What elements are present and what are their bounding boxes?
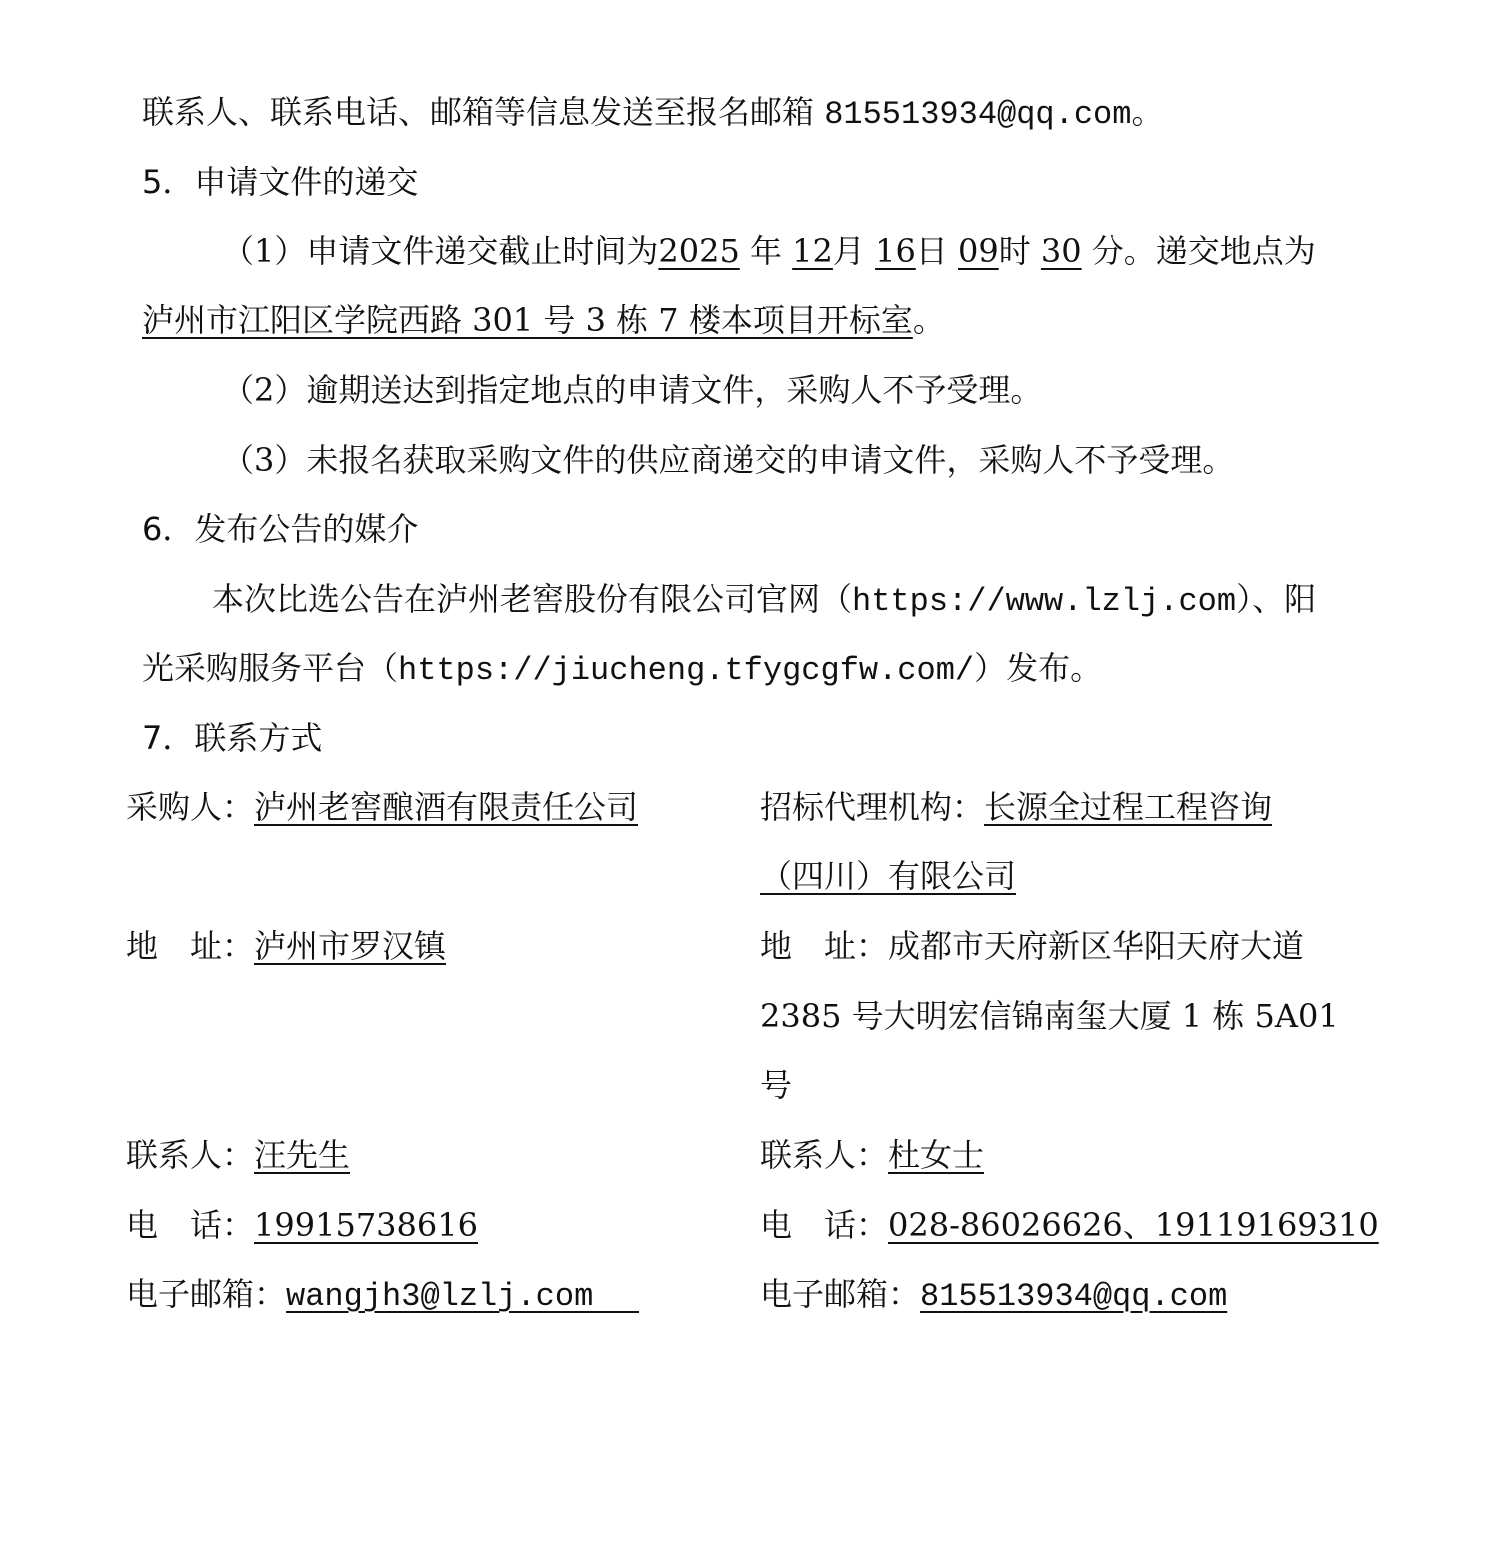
deadline-year: 2025: [658, 232, 739, 270]
item-1-prefix: （1）申请文件递交截止时间为: [222, 232, 658, 270]
purchaser-email: wangjh3@lzlj.com: [286, 1278, 593, 1315]
purchaser-label: 采购人：: [126, 788, 254, 826]
agency-address-row-2: 2385 号大明宏信锦南玺大厦 1 栋 5A01: [760, 996, 1339, 1036]
intro-text: 联系人、联系电话、邮箱等信息发送至报名邮箱: [142, 93, 814, 131]
day-unit: 日: [916, 232, 948, 270]
section-5-item-1-line-1: （1）申请文件递交截止时间为2025 年 12月 16日 09时 30 分。递交…: [222, 231, 1316, 271]
agency-row: 招标代理机构：长源全过程工程咨询: [760, 787, 1272, 827]
agency-email-row: 电子邮箱：815513934@qq.com: [760, 1274, 1227, 1314]
media-text-1-suffix: ）、阳: [1236, 580, 1316, 618]
media-text-2: 光采购服务平台（: [142, 649, 398, 687]
deadline-minute: 30: [1041, 232, 1082, 270]
purchaser-address-label: 地 址：: [126, 927, 254, 965]
deadline-day: 16: [875, 232, 916, 270]
intro-line: 联系人、联系电话、邮箱等信息发送至报名邮箱 815513934@qq.com。: [142, 92, 1163, 132]
section-6-line-2: 光采购服务平台（https://jiucheng.tfygcgfw.com/）发…: [142, 648, 1102, 688]
underline-filler: [593, 1310, 639, 1313]
platform-link[interactable]: https://jiucheng.tfygcgfw.com/: [398, 652, 974, 689]
agency-contact-row: 联系人：杜女士: [760, 1135, 984, 1175]
agency-name-line-1: 长源全过程工程咨询: [984, 788, 1272, 826]
deadline-hour: 09: [958, 232, 999, 270]
agency-phone: 028-86026626、19119169310: [888, 1206, 1379, 1244]
media-text-2-suffix: ）发布。: [974, 649, 1102, 687]
deadline-month: 12: [792, 232, 833, 270]
purchaser-contact-row: 联系人：汪先生: [126, 1135, 350, 1175]
section-5-item-1-line-2: 泸州市江阳区学院西路 301 号 3 栋 7 楼本项目开标室。: [142, 300, 945, 340]
purchaser-address: 泸州市罗汉镇: [254, 927, 446, 965]
purchaser-phone-row: 电 话：19915738616: [126, 1205, 478, 1245]
agency-email-label: 电子邮箱：: [760, 1275, 920, 1313]
media-text-1: 本次比选公告在泸州老窖股份有限公司官网（: [212, 580, 852, 618]
purchaser-name: 泸州老窖酿酒有限责任公司: [254, 788, 638, 826]
agency-email: 815513934@qq.com: [920, 1278, 1227, 1315]
agency-contact-label: 联系人：: [760, 1136, 888, 1174]
official-site-link[interactable]: https://www.lzlj.com: [852, 583, 1236, 620]
hour-unit: 时: [999, 232, 1031, 270]
section-6-line-1: 本次比选公告在泸州老窖股份有限公司官网（https://www.lzlj.com…: [212, 579, 1316, 619]
intro-end: 。: [1131, 93, 1163, 131]
section-5-item-2: （2）逾期送达到指定地点的申请文件，采购人不予受理。: [222, 370, 1042, 410]
minute-unit: 分。递交地点为: [1092, 232, 1316, 270]
purchaser-contact: 汪先生: [254, 1136, 350, 1174]
agency-address-row: 地 址：成都市天府新区华阳天府大道: [760, 926, 1304, 966]
purchaser-email-row: 电子邮箱：wangjh3@lzlj.com: [126, 1274, 639, 1314]
purchaser-address-row: 地 址：泸州市罗汉镇: [126, 926, 446, 966]
agency-phone-row: 电 话：028-86026626、19119169310: [760, 1205, 1379, 1245]
agency-contact: 杜女士: [888, 1136, 984, 1174]
agency-label: 招标代理机构：: [760, 788, 984, 826]
agency-name-row-2: （四川）有限公司: [760, 856, 1016, 896]
section-5-heading: 5．申请文件的递交: [142, 162, 418, 202]
purchaser-email-label: 电子邮箱：: [126, 1275, 286, 1313]
submission-location: 泸州市江阳区学院西路 301 号 3 栋 7 楼本项目开标室: [142, 301, 913, 339]
month-unit: 月: [833, 232, 865, 270]
section-5-item-3: （3）未报名获取采购文件的供应商递交的申请文件，采购人不予受理。: [222, 440, 1234, 480]
item-1-end: 。: [913, 301, 945, 339]
section-6-heading: 6．发布公告的媒介: [142, 509, 418, 549]
year-unit: 年: [750, 232, 782, 270]
agency-phone-label: 电 话：: [760, 1206, 888, 1244]
agency-address-label: 地 址：: [760, 927, 888, 965]
purchaser-phone: 19915738616: [254, 1206, 478, 1244]
purchaser-phone-label: 电 话：: [126, 1206, 254, 1244]
purchaser-contact-label: 联系人：: [126, 1136, 254, 1174]
agency-name-line-2: （四川）有限公司: [760, 857, 1016, 895]
agency-address-line-1: 成都市天府新区华阳天府大道: [888, 927, 1304, 965]
registration-email: 815513934@qq.com: [824, 96, 1131, 133]
agency-address-row-3: 号: [760, 1065, 792, 1105]
purchaser-row: 采购人：泸州老窖酿酒有限责任公司: [126, 787, 638, 827]
section-7-heading: 7．联系方式: [142, 718, 322, 758]
